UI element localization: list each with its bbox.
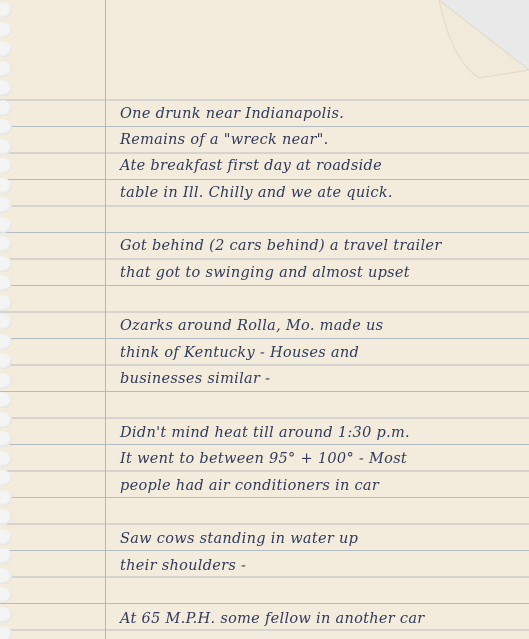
text-line: their shoulders - bbox=[120, 556, 246, 576]
text-line: One drunk near Indianapolis. bbox=[120, 104, 344, 124]
binder-hole bbox=[0, 431, 12, 447]
binder-hole bbox=[0, 548, 12, 564]
binder-hole bbox=[0, 41, 12, 57]
text-line: It went to between 95° + 100° - Most bbox=[120, 449, 407, 469]
binder-hole bbox=[0, 119, 12, 135]
binder-hole bbox=[0, 529, 12, 545]
text-line: Didn't mind heat till around 1:30 p.m. bbox=[120, 423, 410, 443]
binder-hole bbox=[0, 197, 12, 213]
binder-hole bbox=[0, 275, 12, 291]
text-line: Ozarks around Rolla, Mo. made us bbox=[120, 316, 383, 336]
binder-hole bbox=[0, 373, 12, 389]
binder-hole bbox=[0, 607, 12, 623]
text-line: table in Ill. Chilly and we ate quick. bbox=[120, 183, 393, 203]
margin-line bbox=[105, 0, 106, 639]
binder-hole bbox=[0, 2, 12, 18]
binder-hole bbox=[0, 392, 12, 408]
text-line: Got behind (2 cars behind) a travel trai… bbox=[120, 236, 442, 256]
binder-hole bbox=[0, 256, 12, 272]
binder-hole bbox=[0, 568, 12, 584]
text-line: people had air conditioners in car bbox=[120, 476, 379, 496]
text-line: think of Kentucky - Houses and bbox=[120, 343, 359, 363]
binder-hole bbox=[0, 626, 12, 639]
binder-hole bbox=[0, 178, 12, 194]
binder-hole bbox=[0, 217, 12, 233]
notebook-page: One drunk near Indianapolis. Remains of … bbox=[0, 0, 529, 639]
text-line: Saw cows standing in water up bbox=[120, 529, 358, 549]
binder-hole bbox=[0, 295, 12, 311]
binder-hole bbox=[0, 490, 12, 506]
binder-hole bbox=[0, 587, 12, 603]
binder-hole bbox=[0, 353, 12, 369]
binder-hole bbox=[0, 314, 12, 330]
binder-hole bbox=[0, 509, 12, 525]
binder-hole bbox=[0, 412, 12, 428]
binder-hole bbox=[0, 61, 12, 77]
text-line: At 65 M.P.H. some fellow in another car bbox=[120, 609, 425, 629]
text-line: Remains of a "wreck near". bbox=[120, 130, 329, 150]
binder-hole bbox=[0, 139, 12, 155]
text-line: Ate breakfast first day at roadside bbox=[120, 156, 382, 176]
binder-holes bbox=[0, 0, 20, 639]
binder-hole bbox=[0, 158, 12, 174]
binder-hole bbox=[0, 236, 12, 252]
binder-hole bbox=[0, 22, 12, 38]
text-line: that got to swinging and almost upset bbox=[120, 263, 410, 283]
binder-hole bbox=[0, 334, 12, 350]
binder-hole bbox=[0, 100, 12, 116]
text-line: businesses similar - bbox=[120, 369, 270, 389]
binder-hole bbox=[0, 451, 12, 467]
folded-corner bbox=[379, 0, 529, 80]
binder-hole bbox=[0, 470, 12, 486]
binder-hole bbox=[0, 80, 12, 96]
